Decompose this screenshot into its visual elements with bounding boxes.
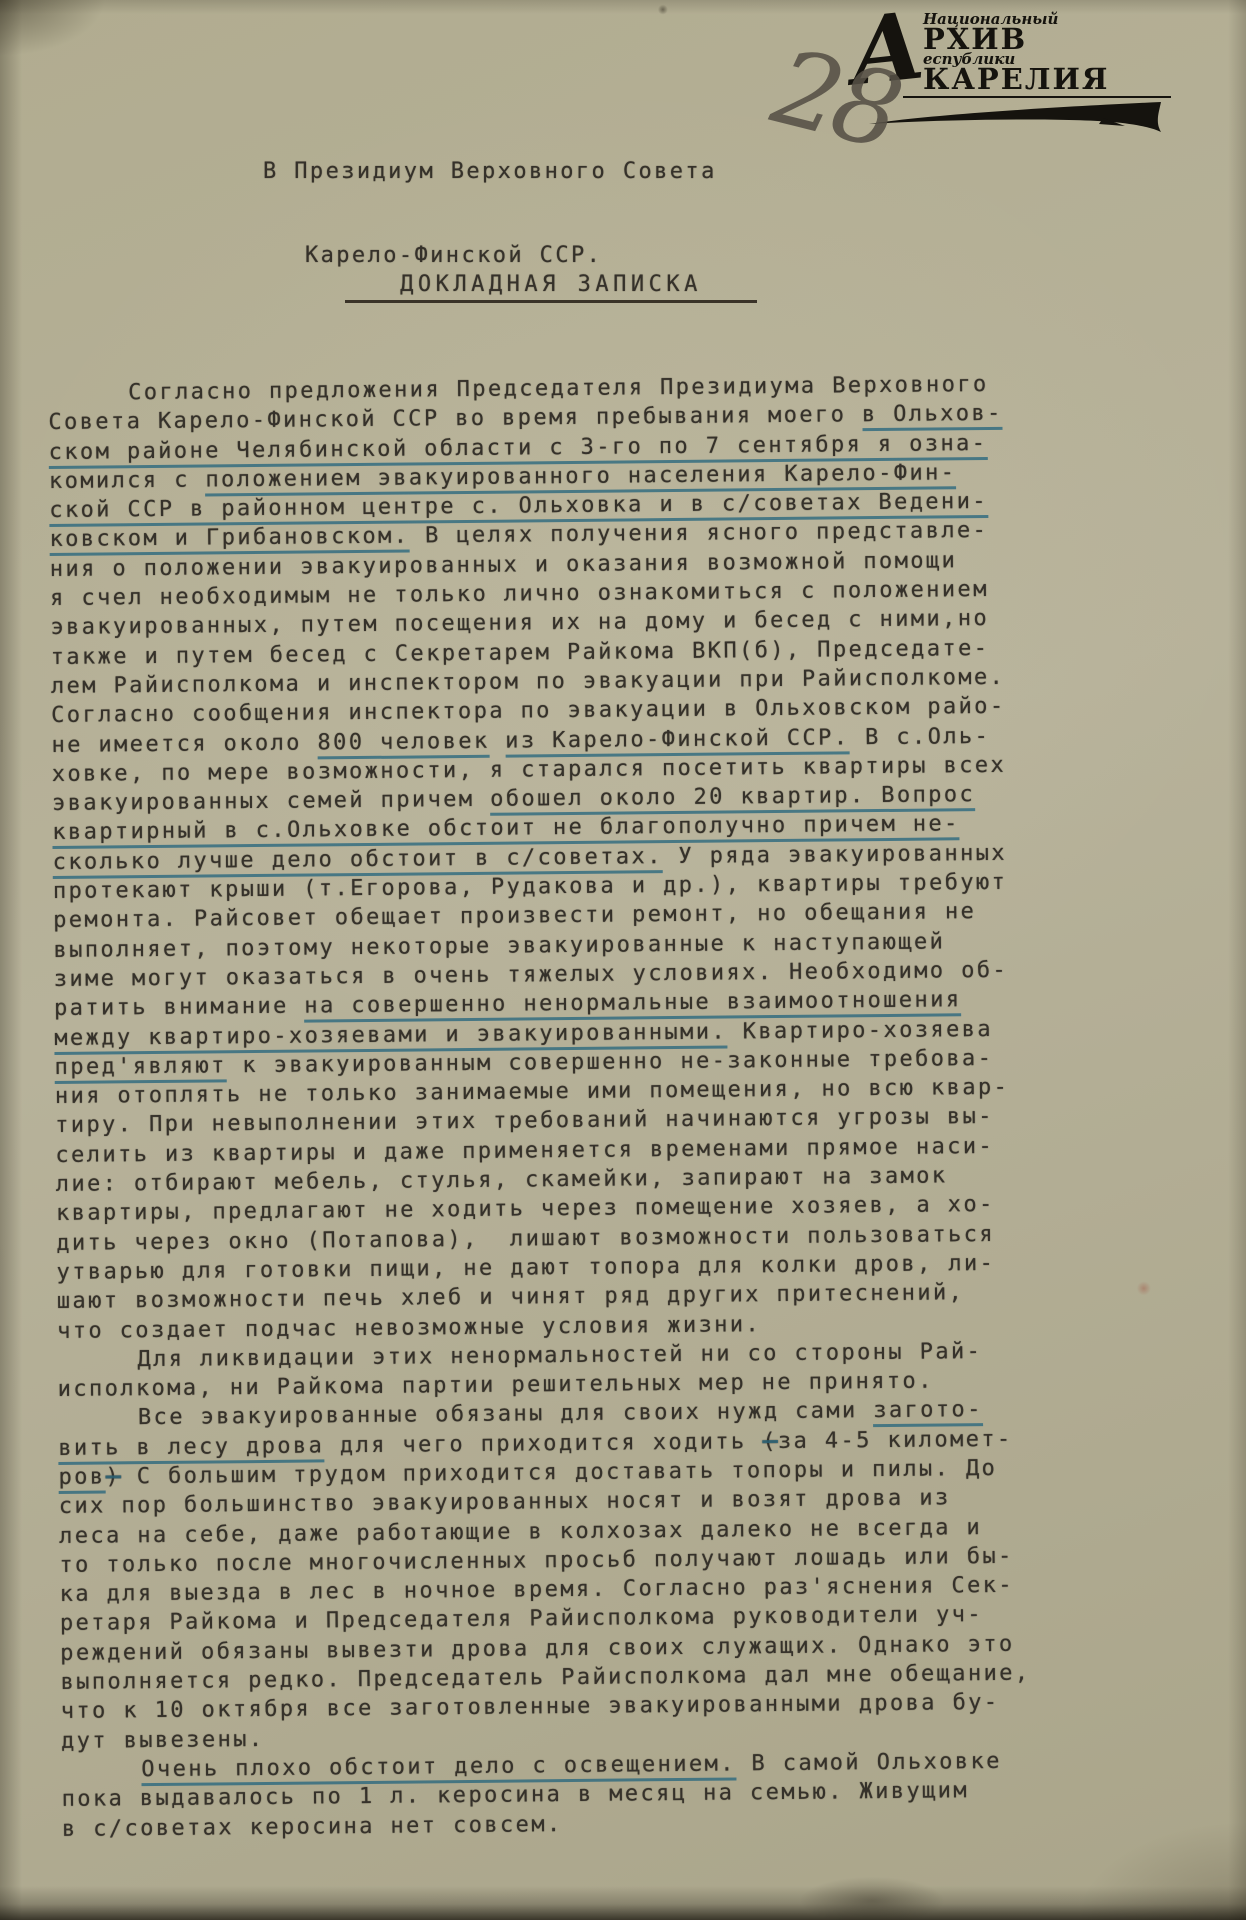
- pencil-struck-text: ): [105, 1464, 121, 1489]
- pencil-underlined-text: ров: [58, 1464, 105, 1493]
- document-body: Согласно предложения Председателя Презид…: [48, 369, 1062, 1843]
- pencil-struck-text: (: [762, 1429, 778, 1454]
- typewritten-text: эвакуированных семей причем: [52, 787, 490, 816]
- typewritten-text: за 4-5 километ-: [778, 1426, 1013, 1453]
- pencil-underlined-text: пред'являют: [54, 1053, 226, 1084]
- archive-stamp-line4: КАРЕЛИЯ: [923, 66, 1171, 92]
- archive-stamp-rule: [903, 96, 1171, 98]
- pencil-underlined-text: загото-: [873, 1397, 983, 1427]
- typewritten-text: дут вывезены.: [61, 1727, 265, 1754]
- archive-stamp: А Национальный РХИВ еспублики КАРЕЛИЯ: [850, 6, 1242, 136]
- typewritten-text: ратить внимание: [54, 994, 305, 1021]
- typewritten-text: Все эвакуированные обязаны для своих нуж…: [138, 1399, 874, 1431]
- typewritten-text: У ряда эвакуированных: [663, 841, 1007, 869]
- typewritten-text: В с.Оль-: [849, 724, 990, 750]
- header-line1: В Президиум Верховного Совета: [263, 158, 717, 186]
- document-page: А Национальный РХИВ еспублики КАРЕЛИЯ 28…: [0, 0, 1246, 1920]
- header-line2: Карело-Финской ССР.: [263, 242, 717, 270]
- typewritten-text: комился с: [49, 467, 206, 494]
- pencil-underlined-text: в Ольхов-: [862, 401, 1003, 431]
- document-title: ДОКЛАДНАЯ ЗАПИСКА: [345, 272, 757, 303]
- pencil-underlined-text: 800 человек: [317, 728, 489, 759]
- typewritten-text: в с/советах керосина нет совсем.: [62, 1812, 563, 1842]
- typewritten-text: Квартиро-хозяева: [727, 1016, 993, 1044]
- typewritten-text: для чего приходится ходить: [324, 1429, 762, 1458]
- typewritten-text: что создает подчас невозможные условия ж…: [57, 1312, 761, 1344]
- typewritten-text: В целях получения ясного представле-: [409, 518, 988, 549]
- typewritten-text: В самой Ольховке: [736, 1749, 1002, 1777]
- typewritten-text: не имеется около: [51, 730, 317, 758]
- archive-swoosh-icon: [863, 100, 1163, 134]
- archive-stamp-line2: РХИВ: [923, 26, 1171, 52]
- typewritten-text: [489, 728, 505, 753]
